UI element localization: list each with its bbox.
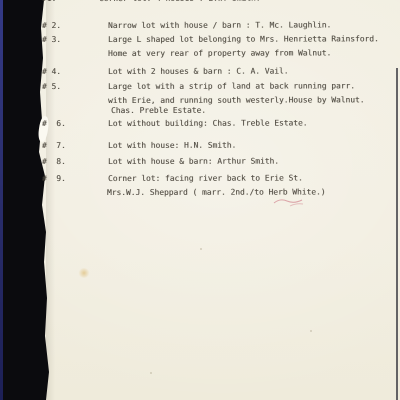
item-2-line-1: Narrow lot with house / barn : T. Mc. La… — [108, 21, 331, 30]
item-number-3: # 3. — [42, 36, 61, 44]
item-number-2: # 2. — [42, 22, 61, 30]
item-9-line-2: Mrs.W.J. Sheppard ( marr. 2nd./to Herb W… — [107, 188, 326, 197]
paper-stain — [78, 268, 90, 278]
paper-speck — [200, 248, 202, 250]
torn-edge-shadow — [46, 0, 55, 400]
item-5-line-3: Chas. Preble Estate. — [111, 107, 206, 115]
paper-speck — [150, 372, 152, 374]
item-number-4: # 4. — [42, 68, 61, 76]
item-6-line-1: Lot without building: Chas. Treble Estat… — [108, 119, 308, 128]
item-number-5: # 5. — [42, 83, 61, 91]
item-3-line-2: Home at very rear of property away from … — [108, 49, 331, 58]
item-number-7: # 7. — [42, 142, 66, 150]
item-number-8: # 8. — [42, 158, 66, 166]
item-1-line-1: Corner lot: 4 houses : E.W. Smith. — [99, 0, 261, 3]
paper-speck — [310, 330, 312, 332]
item-number-1: #1. — [42, 0, 56, 3]
page-right-edge-shadow — [396, 68, 398, 400]
scan-edge-blue-line — [0, 0, 3, 400]
item-5-line-2: with Erie, and running south westerly.Ho… — [108, 96, 365, 105]
item-number-9: # 9. — [42, 175, 66, 183]
item-7-line-1: Lot with house: H.N. Smith. — [108, 142, 236, 150]
item-4-line-1: Lot with 2 houses & barn : C. A. Vail. — [108, 68, 289, 76]
item-5-line-1: Large lot with a strip of land at back r… — [108, 82, 355, 91]
item-3-line-1: Large L shaped lot belonging to Mrs. Hen… — [108, 35, 379, 44]
item-8-line-1: Lot with house & barn: Arthur Smith. — [108, 158, 279, 166]
item-number-6: # 6. — [42, 120, 66, 128]
scanned-document-page: #1. # 2. # 3. # 4. # 5. # 6. # 7. # 8. #… — [0, 0, 400, 400]
item-9-line-1: Corner lot: facing river back to Erie St… — [108, 174, 303, 183]
